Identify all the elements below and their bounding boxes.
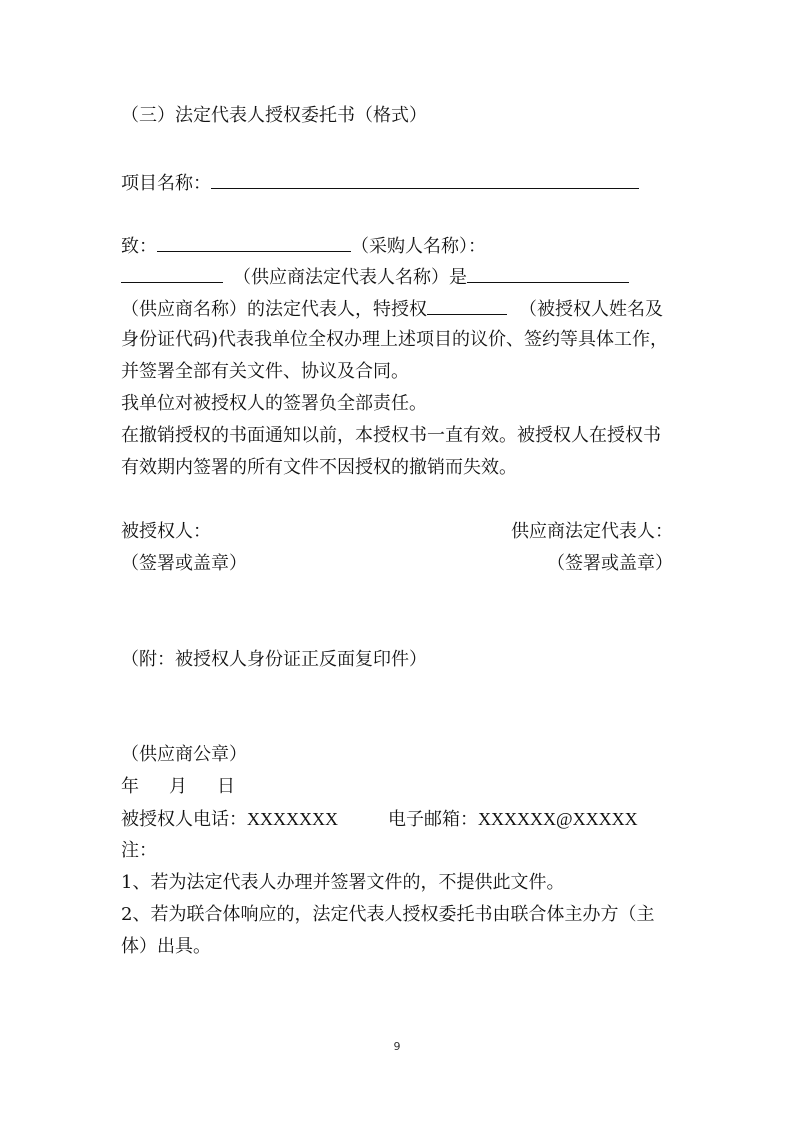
notes-label: 注： [121, 839, 157, 863]
phone-label: 被授权人电话： [121, 809, 247, 830]
body-line: 在撤销授权的书面通知以前，本授权书一直有效。被授权人在授权书 [121, 424, 661, 448]
body-line: 有效期内签署的所有文件不因授权的撤销而失效。 [121, 456, 517, 480]
supplier-seal-label: （供应商公章） [121, 743, 247, 767]
legal-rep-hint: （供应商法定代表人名称）是 [233, 267, 467, 288]
contact-row: 被授权人电话：XXXXXXX电子邮箱：XXXXXX@XXXXX [121, 807, 638, 832]
legal-rep-name-blank[interactable] [121, 264, 223, 283]
authorized-person-blank[interactable] [427, 296, 507, 315]
purchaser-hint: （采购人名称）： [351, 236, 486, 257]
project-name-row: 项目名称： [121, 170, 639, 196]
note-item: 体）出具。 [121, 935, 211, 959]
project-name-label: 项目名称： [121, 173, 211, 194]
purchaser-name-blank[interactable] [157, 233, 351, 252]
project-name-blank[interactable] [211, 170, 639, 189]
document-heading: （三）法定代表人授权委托书（格式） [121, 104, 427, 128]
email-value: XXXXXX@XXXXX [478, 809, 638, 829]
date-year: 年 [121, 776, 139, 797]
authorized-person-label: 被授权人： [121, 520, 211, 544]
supplier-row: （供应商名称）的法定代表人，特授权（被授权人姓名及 [121, 296, 663, 322]
date-row: 年月日 [121, 775, 235, 799]
date-month: 月 [169, 776, 187, 797]
attachment-note: （附：被授权人身份证正反面复印件） [121, 648, 427, 672]
legal-rep-sign-note: （签署或盖章） [547, 552, 673, 576]
legal-rep-label: 供应商法定代表人： [511, 520, 673, 544]
date-day: 日 [217, 776, 235, 797]
supplier-name-blank[interactable] [467, 264, 629, 283]
legal-rep-row: （供应商法定代表人名称）是 [121, 264, 629, 290]
note-item: 1、若为法定代表人办理并签署文件的，不提供此文件。 [121, 871, 564, 895]
email-label: 电子邮箱： [388, 809, 478, 830]
body-line: 身份证代码)代表我单位全权办理上述项目的议价、签约等具体工作， [121, 328, 668, 352]
to-label: 致： [121, 236, 157, 257]
to-row: 致：（采购人名称）： [121, 233, 486, 259]
phone-value: XXXXXXX [247, 809, 338, 829]
page-number: 9 [0, 1040, 794, 1053]
supplier-name-hint: （供应商名称）的法定代表人，特授权 [121, 299, 427, 320]
authorized-sign-note: （签署或盖章） [121, 552, 247, 576]
body-line: 并签署全部有关文件、协议及合同。 [121, 360, 409, 384]
note-item: 2、若为联合体响应的，法定代表人授权委托书由联合体主办方（主 [121, 903, 654, 927]
body-line: 我单位对被授权人的签署负全部责任。 [121, 392, 427, 416]
authorized-hint: （被授权人姓名及 [519, 299, 663, 320]
